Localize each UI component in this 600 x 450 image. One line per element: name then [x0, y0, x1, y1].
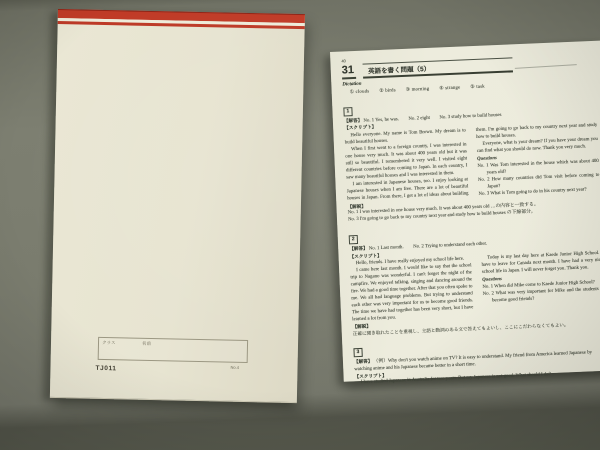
name-box: クラス 名前 — [98, 337, 248, 363]
script-paragraph: I came here last month. I would like to … — [350, 264, 474, 325]
booklet-number: No.4 — [230, 365, 239, 370]
section-1: 1 【解答】 No. 1 Yes, he was. No. 2 eight No… — [343, 89, 600, 225]
section-1-number: 1 — [343, 107, 352, 116]
answer-sheet: 40 31 英語を書く問題（5） Dictation ① clouds ② bi… — [330, 41, 600, 382]
answer-label: 【解答】 — [349, 245, 368, 251]
booklet-code: TJ011 — [95, 365, 116, 372]
section-3: 3 【解答】 （例）Why don't you watch anime on T… — [353, 330, 600, 388]
answer-label: 【解答】 — [354, 358, 373, 364]
section-3-number: 3 — [353, 348, 362, 357]
section-1-script: Hello everyone. My name is Tom Brown. My… — [344, 123, 600, 204]
workbook-cover: クラス 名前 TJ011 No.4 — [50, 9, 305, 403]
answer-label: 【解答】 — [344, 117, 363, 123]
section-2-number: 2 — [349, 235, 358, 244]
class-label: クラス — [102, 340, 115, 346]
section-2: 2 【解答】 No. 1 Last month. No. 2 Trying to… — [348, 217, 600, 337]
name-label: 名前 — [142, 341, 151, 347]
pencil-mark — [515, 64, 577, 69]
section-2-script: Hello, friends. I have really enjoyed my… — [350, 251, 600, 324]
unit-number: 31 — [342, 65, 357, 80]
script-paragraph: When I first went to a foreign country, … — [345, 142, 468, 182]
photo-of-documents: クラス 名前 TJ011 No.4 40 31 英語を書く問題（5） Dicta… — [0, 0, 600, 450]
